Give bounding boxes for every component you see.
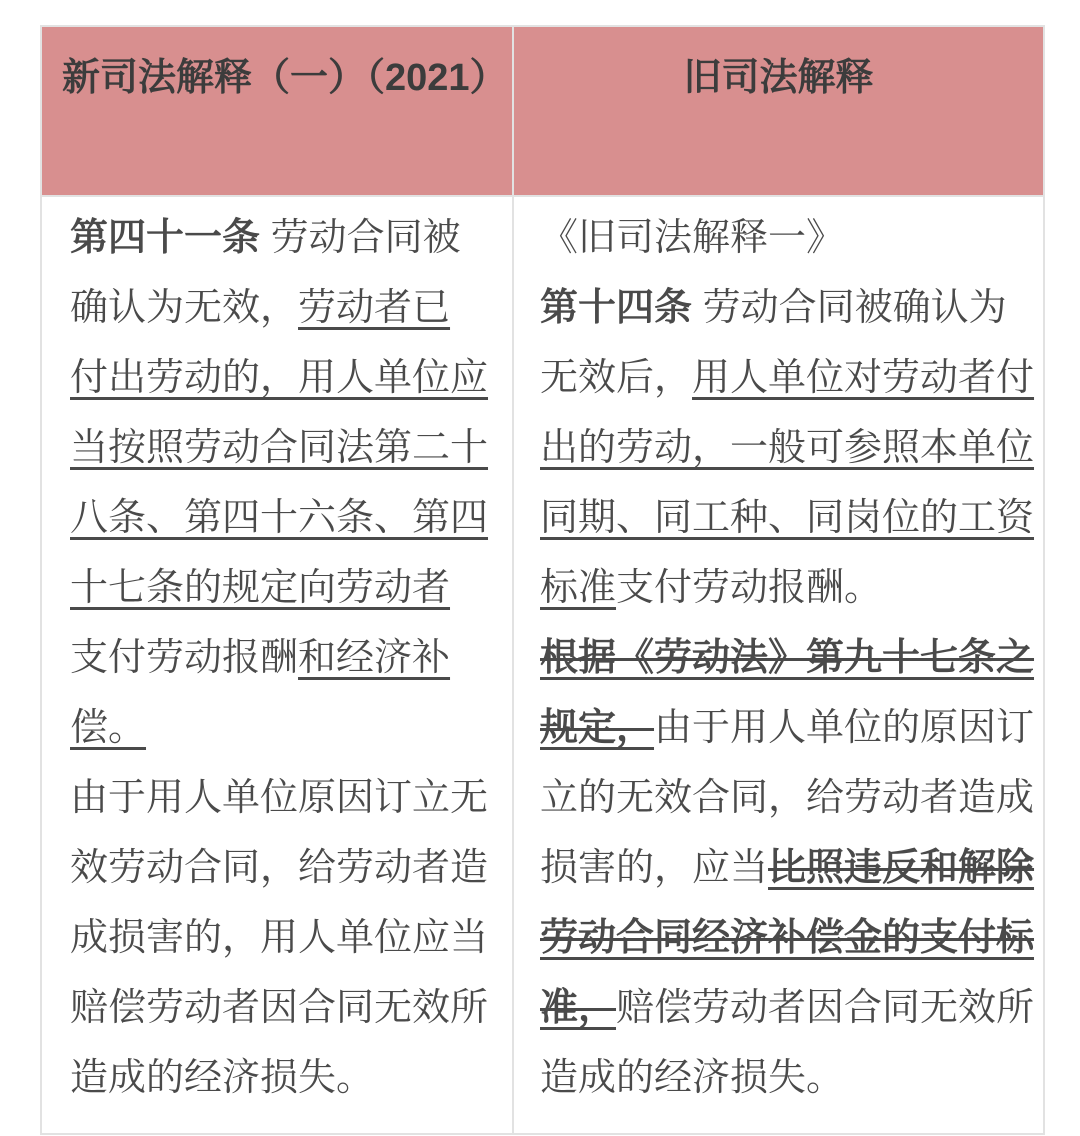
paragraph: 《旧司法解释一》 bbox=[540, 203, 1036, 273]
header-row: 新司法解释（一）（2021） 旧司法解释 bbox=[41, 26, 1044, 196]
text-segment-bold: 第十四条 bbox=[540, 287, 692, 329]
text-segment: 支付劳动报酬 bbox=[70, 637, 298, 679]
page: 新司法解释（一）（2021） 旧司法解释 第四十一条 劳动合同被确认为无效，劳动… bbox=[0, 0, 1080, 1136]
cell-old-interpretation-text: 《旧司法解释一》第十四条 劳动合同被确认为无效后，用人单位对劳动者付出的劳动，一… bbox=[513, 196, 1044, 1134]
header-old-interpretation: 旧司法解释 bbox=[513, 26, 1044, 196]
body-row: 第四十一条 劳动合同被确认为无效，劳动者已付出劳动的，用人单位应当按照劳动合同法… bbox=[41, 196, 1044, 1134]
text-segment: 支付劳动报酬。 bbox=[616, 567, 882, 609]
paragraph: 第四十一条 劳动合同被确认为无效，劳动者已付出劳动的，用人单位应当按照劳动合同法… bbox=[70, 203, 488, 763]
text-segment-bold: 第四十一条 bbox=[70, 217, 260, 259]
paragraph: 根据《劳动法》第九十七条之规定，由于用人单位的原因订立的无效合同，给劳动者造成损… bbox=[540, 623, 1036, 1113]
paragraph: 由于用人单位原因订立无效劳动合同，给劳动者造成损害的，用人单位应当赔偿劳动者因合… bbox=[70, 763, 488, 1113]
text-segment-ins: 劳动者已付出劳动的，用人单位应当按照劳动合同法第二十八条、第四十六条、第四十七条… bbox=[70, 287, 488, 609]
header-new-interpretation: 新司法解释（一）（2021） bbox=[41, 26, 513, 196]
comparison-table: 新司法解释（一）（2021） 旧司法解释 第四十一条 劳动合同被确认为无效，劳动… bbox=[40, 25, 1045, 1135]
header-new-interpretation-label: 新司法解释（一）（2021） bbox=[62, 43, 492, 113]
paragraph: 第十四条 劳动合同被确认为无效后，用人单位对劳动者付出的劳动，一般可参照本单位同… bbox=[540, 273, 1036, 623]
header-old-interpretation-label: 旧司法解释 bbox=[534, 43, 1023, 113]
text-segment: 《旧司法解释一》 bbox=[540, 217, 844, 259]
text-segment: 由于用人单位原因订立无效劳动合同，给劳动者造成损害的，用人单位应当赔偿劳动者因合… bbox=[70, 777, 488, 1099]
cell-new-interpretation-text: 第四十一条 劳动合同被确认为无效，劳动者已付出劳动的，用人单位应当按照劳动合同法… bbox=[41, 196, 513, 1134]
